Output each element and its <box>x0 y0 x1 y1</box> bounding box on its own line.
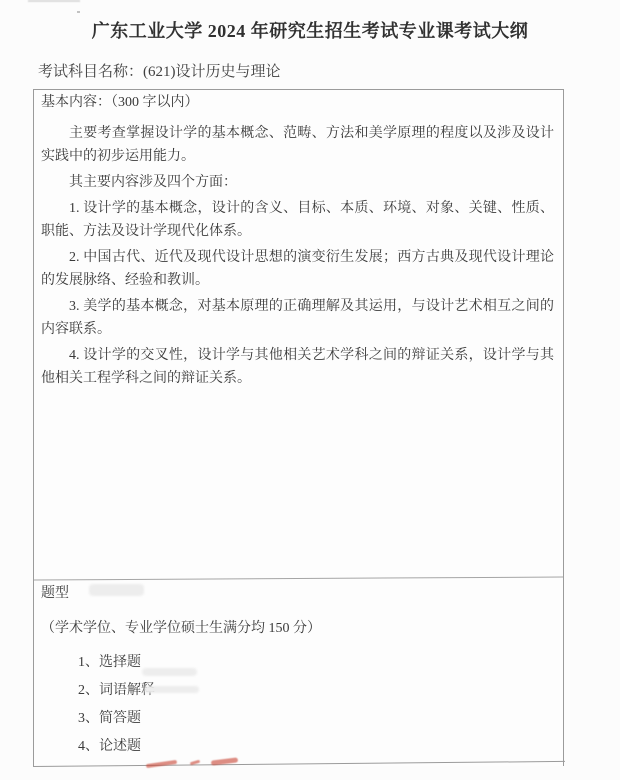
subject-value: (621)设计历史与理论 <box>143 64 281 80</box>
content-paragraph: 1. 设计学的基本概念，设计的含义、目标、本质、环境、对象、关键、性质、职能、方… <box>34 197 563 243</box>
scan-speck <box>77 11 80 13</box>
question-type-list: 1、选择题 2、词语解释 3、简答题 4、论述题 <box>41 649 554 761</box>
question-type-note: （学术学位、专业学位硕士生满分均 150 分） <box>41 619 554 639</box>
content-paragraph: 其主要内容涉及四个方面： <box>34 171 563 194</box>
content-paragraph: 3. 美学的基本概念，对基本原理的正确理解及其运用，与设计艺术相互之间的内容联系… <box>34 295 563 341</box>
list-item: 3、简答题 <box>41 705 554 733</box>
page-title: 广东工业大学 2024 年研究生招生考试专业课考试大纲 <box>0 17 620 43</box>
list-item: 1、选择题 <box>41 649 554 677</box>
scan-smudge <box>142 668 197 676</box>
subject-line: 考试科目名称：(621)设计历史与理论 <box>38 60 281 81</box>
content-paragraph: 2. 中国古代、近代及现代设计思想的演变衍生发展；西方古典及现代设计理论的发展脉… <box>34 246 563 292</box>
scan-smudge <box>144 686 199 693</box>
list-item: 2、词语解释 <box>41 677 554 705</box>
scan-smudge <box>89 584 144 596</box>
content-paragraph: 4. 设计学的交叉性，设计学与其他相关艺术学科之间的辩证关系，设计学与其他相关工… <box>34 344 563 390</box>
subject-label: 考试科目名称： <box>38 64 143 80</box>
content-box-header: 基本内容：（300 字以内） <box>34 90 563 113</box>
content-box: 基本内容：（300 字以内） 主要考查掌握设计学的基本概念、范畴、方法和美学原理… <box>33 89 564 766</box>
list-item: 4、论述题 <box>41 733 554 761</box>
scan-artifact <box>28 0 80 2</box>
content-paragraph: 主要考查掌握设计学的基本概念、范畴、方法和美学原理的程度以及涉及设计实践中的初步… <box>34 122 563 168</box>
question-type-section: 题型 （学术学位、专业学位硕士生满分均 150 分） 1、选择题 2、词语解释 … <box>41 579 554 761</box>
